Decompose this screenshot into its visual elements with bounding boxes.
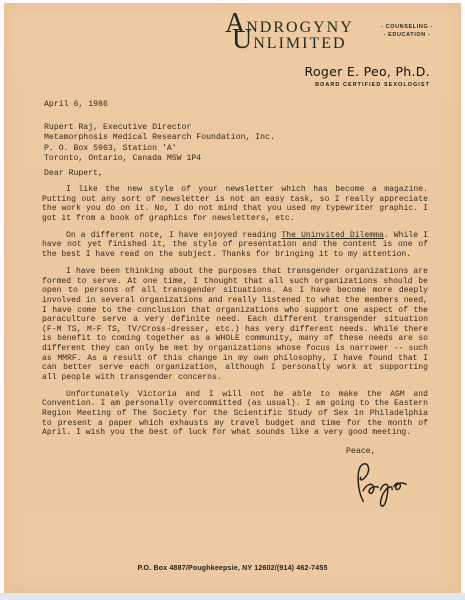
- book-title: The Uninvited Dilemma: [281, 231, 383, 240]
- closing-peace: Peace,: [346, 447, 375, 456]
- paragraph-4: Unfortunately Victoria and I will not be…: [42, 390, 428, 438]
- address-line-3: P. O. Box 5963, Station 'A': [44, 144, 275, 154]
- tagline-counseling: - COUNSELING -: [376, 23, 438, 31]
- signature: [347, 452, 415, 519]
- letterhead-tagline: - COUNSELING - - EDUCATION -: [376, 23, 438, 39]
- paragraph-2-before: On a different note, I have enjoyed read…: [66, 231, 281, 240]
- letter-paper: ANDROGYNY UNLIMITED - COUNSELING - - EDU…: [4, 3, 461, 593]
- scan-edge: [0, 593, 465, 600]
- letter-body: I like the new style of your newsletter …: [42, 185, 428, 445]
- brand-word-unlimited: UNLIMITED: [232, 26, 347, 54]
- date-line: April 6, 1986: [44, 100, 108, 109]
- footer-contact: P.O. Box 4887/Poughkeepsie, NY 12602/(91…: [4, 565, 461, 572]
- paragraph-2: On a different note, I have enjoyed read…: [42, 231, 428, 260]
- brand-initial-u: U: [232, 24, 253, 55]
- address-line-1: Rupert Raj, Executive Director: [44, 123, 275, 133]
- address-line-4: Toronto, Ontario, Canada M5W 1P4: [44, 154, 275, 164]
- salutation: Dear Rupert,: [44, 169, 103, 178]
- letterhead-credential: BOARD CERTIFIED SEXOLOGIST: [315, 82, 430, 88]
- signature-scribble: [347, 452, 415, 514]
- letterhead-name: Roger E. Peo, Ph.D.: [305, 64, 430, 79]
- tagline-education: - EDUCATION -: [376, 31, 438, 39]
- letter-scan: ANDROGYNY UNLIMITED - COUNSELING - - EDU…: [0, 0, 465, 600]
- paragraph-1: I like the new style of your newsletter …: [42, 185, 428, 223]
- address-line-2: Metamorphosis Medical Research Foundatio…: [44, 133, 275, 143]
- recipient-address: Rupert Raj, Executive Director Metamorph…: [44, 123, 275, 164]
- paragraph-3: I have been thinking about the purposes …: [42, 267, 428, 382]
- brand-rest-unlimited: NLIMITED: [253, 35, 346, 52]
